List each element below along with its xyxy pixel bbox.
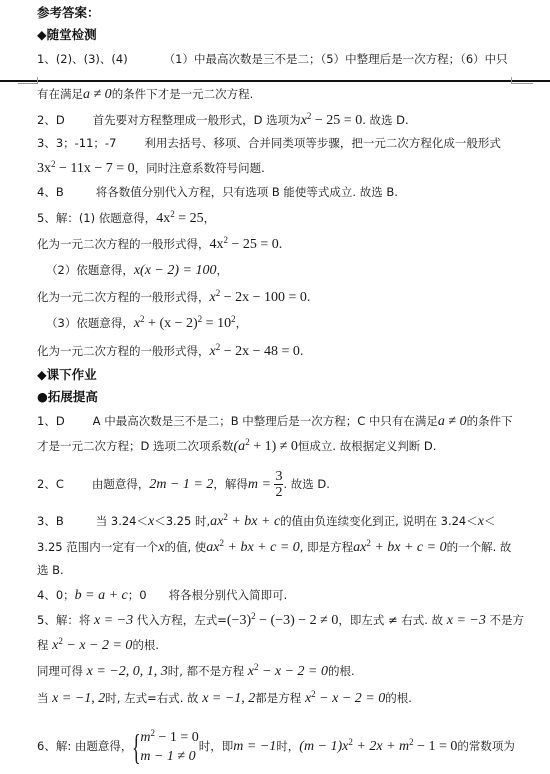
answer: ；0: [128, 588, 147, 602]
text: 当 3.24＜: [96, 514, 148, 528]
text: 的根.: [132, 638, 159, 652]
text: 都是方程: [255, 691, 301, 705]
math-expression: b = a + c: [75, 588, 128, 603]
explanation: 首先要对方程整理成一般形式，D 选项为: [93, 113, 301, 127]
answer: 1、D: [37, 414, 65, 428]
suitang-q3-line1: 3、3；-11；-7利用去括号、移项、合并同类项等步骤，把一元二次方程化成一般形…: [37, 135, 501, 151]
math-expression: (−3)2 − (−3) − 2 ≠ 0: [227, 613, 338, 628]
math-expression: (m − 1)x2 + 2x + m2 − 1 = 0: [299, 739, 457, 754]
suitang-q3-line2: 3x2 − 11x − 7 = 0，同时注意系数符号问题.: [37, 160, 265, 177]
math-expression: x2 − 2x − 48 = 0.: [210, 344, 304, 359]
math-expression: x2 − 25 = 0: [301, 113, 363, 128]
text: （3）依题意得，: [46, 316, 134, 330]
suitang-q1-line2: 有在满足a ≠ 0的条件下才是一元二次方程.: [37, 86, 253, 103]
tuozhan-q1-line1: 1、DA 中最高次数是三不是二；B 中整理后是一次方程；C 中只有在满足a ≠ …: [37, 413, 513, 430]
math-expression: a ≠ 0: [83, 87, 112, 102]
tuozhan-q3-line2: 3.25 范围内一定有一个x的值, 使ax2 + bx + c = 0, 即是方…: [37, 539, 511, 556]
text: 恒成立. 故根据定义判断 D.: [298, 439, 436, 453]
left-margin-marker: [18, 77, 38, 84]
explanation: （1）中最高次数是三不是二；（5）中整理后是一次方程；（6）中只: [164, 52, 508, 66]
suitang-q5-p2: （2）依题意得，x(x − 2) = 100，: [46, 262, 228, 279]
text: 的常数项为: [457, 739, 515, 753]
text: 时, 左式=右式. 故: [105, 691, 198, 705]
suitang-q5-p1: 5、解：(1) 依题意得，4x2 = 25，: [37, 210, 215, 227]
text: ，即左式 ≠ 右式. 故: [338, 613, 443, 627]
text: 化为一元二次方程的一般形式得，: [37, 290, 210, 304]
page-break-divider: [0, 80, 550, 82]
text: （2）依题意得，: [46, 263, 134, 277]
text: , 即是方程: [300, 540, 353, 554]
text: 5、解：(1) 依题意得，: [37, 211, 156, 225]
tuozhan-q5-line4: 当 x = −1, 2时, 左式=右式. 故 x = −1, 2都是方程 x2 …: [37, 690, 412, 707]
math-expression: (a2 + 1) ≠ 0: [234, 439, 298, 454]
tuozhan-q6: 6、解: 由题意得，{m2 − 1 = 0m − 1 ≠ 0时，即m = −1时…: [37, 726, 515, 767]
brace-icon: {: [132, 728, 141, 766]
math-expression: x2 − x − 2 = 0: [52, 638, 132, 653]
text: 5、解：将: [37, 613, 90, 627]
math-expression: ax2 + bx + c: [210, 514, 280, 529]
diamond-icon: ◆: [37, 27, 47, 42]
tuozhan-q4: 4、0；b = a + c；0将各根分别代入简即可.: [37, 587, 287, 604]
explanation: 将各数值分别代入方程，只有选项 B 能使等式成立. 故选 B.: [96, 185, 398, 199]
suitang-q5-p3-general: 化为一元二次方程的一般形式得，x2 − 2x − 48 = 0.: [37, 343, 303, 360]
answer: 4、0；: [37, 588, 75, 602]
math-expression: 2m − 1 = 2: [149, 477, 213, 492]
math-expression: 4x2 − 25 = 0.: [210, 237, 283, 252]
math-expression: a ≠ 0: [438, 414, 467, 429]
answer: 3、3；-11；-7: [37, 136, 116, 150]
text: 同理可得: [37, 664, 83, 678]
text: 的值由负连续变化到正, 说明在 3.24＜: [280, 514, 478, 528]
text: ，: [216, 263, 228, 277]
text: 的一个解. 故: [447, 540, 512, 554]
math-expression: x2 − x − 2 = 0: [248, 664, 328, 679]
text: 不是方: [490, 613, 525, 627]
section-label: 随堂检测: [47, 27, 97, 42]
tuozhan-q2: 2、C由题意得，2m − 1 = 2，解得m = 32. 故选 D.: [37, 467, 330, 502]
text: 化为一元二次方程的一般形式得，: [37, 344, 210, 358]
tuozhan-q3-line3: 选 B.: [37, 562, 64, 578]
math-expression: ax2 + bx + c = 0: [206, 540, 300, 555]
answer: 2、D: [37, 113, 65, 127]
tuozhan-q1-line2: 才是一元二次方程；D 选项二次项系数(a2 + 1) ≠ 0恒成立. 故根据定义…: [37, 438, 436, 455]
text: ，: [236, 316, 248, 330]
text: 有在满足: [37, 87, 83, 101]
math-expression: 4x2 = 25: [156, 211, 203, 226]
text: 的条件下: [467, 414, 513, 428]
text: ，: [204, 211, 216, 225]
text: . 故选 D.: [362, 113, 408, 127]
text: 化为一元二次方程的一般形式得，: [37, 237, 210, 251]
suitang-q5-p1-general: 化为一元二次方程的一般形式得，4x2 − 25 = 0.: [37, 236, 282, 253]
suitang-q1-line1: 1、(2)、(3)、(4)（1）中最高次数是三不是二；（5）中整理后是一次方程；…: [37, 51, 508, 67]
math-expression: x2 − x − 2 = 0: [305, 691, 385, 706]
answer: 4、B: [37, 185, 64, 199]
text: 3.25 范围内一定有一个: [37, 540, 158, 554]
explanation: A 中最高次数是三不是二；B 中整理后是一次方程；C 中只有在满足: [93, 414, 438, 428]
tuozhan-q5-line2: 程 x2 − x − 2 = 0的根.: [37, 637, 159, 654]
bullet-icon: ●: [37, 389, 48, 404]
text: ＜3.25 时,: [154, 514, 210, 528]
math-expression: x(x − 2) = 100: [134, 263, 217, 278]
tuozhan-q5-line1: 5、解：将 x = −3 代入方程，左式=(−3)2 − (−3) − 2 ≠ …: [37, 612, 524, 629]
text: 的根.: [328, 664, 355, 678]
diamond-icon: ◆: [37, 367, 47, 382]
tuozhan-q5-line3: 同理可得 x = −2, 0, 1, 3时, 都不是方程 x2 − x − 2 …: [37, 663, 355, 680]
answer: 3、B: [37, 514, 64, 528]
text: 的条件下才是一元二次方程.: [112, 87, 254, 101]
text: . 故选 D.: [283, 477, 329, 491]
text: 时, 都不是方程: [168, 664, 244, 678]
suitang-q4: 4、B将各数值分别代入方程，只有选项 B 能使等式成立. 故选 B.: [37, 184, 398, 200]
text: ＜: [484, 514, 496, 528]
right-margin-marker: [511, 77, 533, 84]
section-label: 课下作业: [47, 367, 97, 382]
answer: 1、(2)、(3)、(4): [37, 52, 128, 66]
suitang-q5-p2-general: 化为一元二次方程的一般形式得，x2 − 2x − 100 = 0.: [37, 289, 310, 306]
explanation: 利用去括号、移项、合并同类项等步骤，把一元二次方程化成一般形式: [144, 136, 501, 150]
text: 代入方程，左式=: [137, 613, 227, 627]
text: 的根.: [385, 691, 412, 705]
text: 程: [37, 638, 49, 652]
text: 6、解: 由题意得，: [37, 739, 132, 753]
document-title: 参考答案：: [37, 5, 100, 21]
text: 才是一元二次方程；D 选项二次项系数: [37, 439, 234, 453]
text: 由题意得，: [92, 477, 150, 491]
math-expression: m =: [248, 477, 275, 492]
equation-system: {m2 − 1 = 0m − 1 ≠ 0: [132, 728, 198, 766]
section-heading-tuozhan: ●拓展提高: [37, 389, 98, 405]
math-expression: 3x2 − 11x − 7 = 0: [37, 161, 135, 176]
text: ，同时注意系数符号问题.: [135, 161, 265, 175]
section-heading-kexia: ◆课下作业: [37, 367, 97, 383]
answer: 2、C: [37, 477, 64, 491]
math-expression: x2 + (x − 2)2 = 102: [134, 316, 236, 331]
suitang-q2: 2、D首先要对方程整理成一般形式，D 选项为x2 − 25 = 0. 故选 D.: [37, 112, 409, 129]
text: 时，: [276, 739, 299, 753]
math-expression: ax2 + bx + c = 0: [353, 540, 447, 555]
text: 时，即: [199, 739, 234, 753]
text: 当: [37, 691, 49, 705]
section-label: 拓展提高: [48, 389, 98, 404]
explanation: 将各根分别代入简即可.: [169, 588, 288, 602]
section-heading-suitang: ◆随堂检测: [37, 27, 97, 43]
text: 的值, 使: [164, 540, 206, 554]
text: ，解得: [213, 477, 248, 491]
tuozhan-q3-line1: 3、B当 3.24＜x＜3.25 时,ax2 + bx + c的值由负连续变化到…: [37, 513, 495, 530]
suitang-q5-p3: （3）依题意得，x2 + (x − 2)2 = 102，: [46, 315, 247, 332]
math-expression: x2 − 2x − 100 = 0.: [210, 290, 311, 305]
